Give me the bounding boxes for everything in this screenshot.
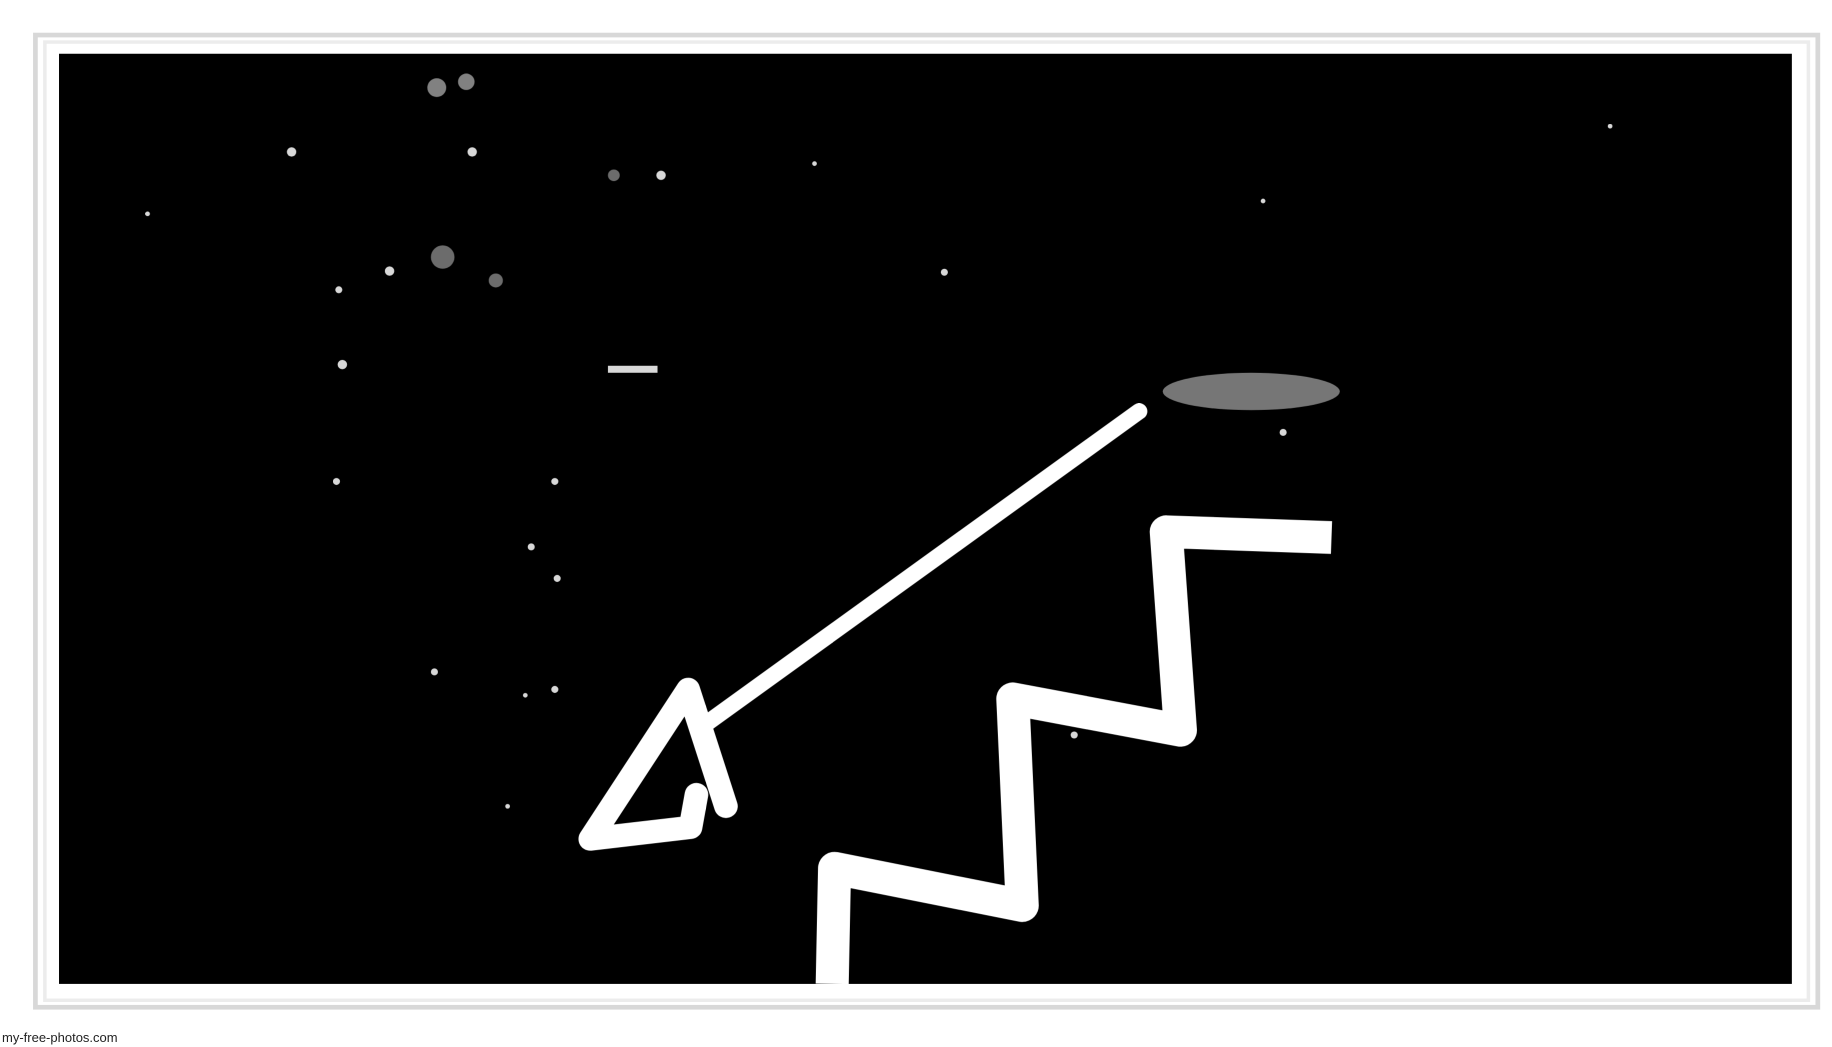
- photo: [0, 0, 1832, 1047]
- photo-credit: my-free-photos.com: [2, 1030, 118, 1045]
- blackboard: [59, 54, 1792, 984]
